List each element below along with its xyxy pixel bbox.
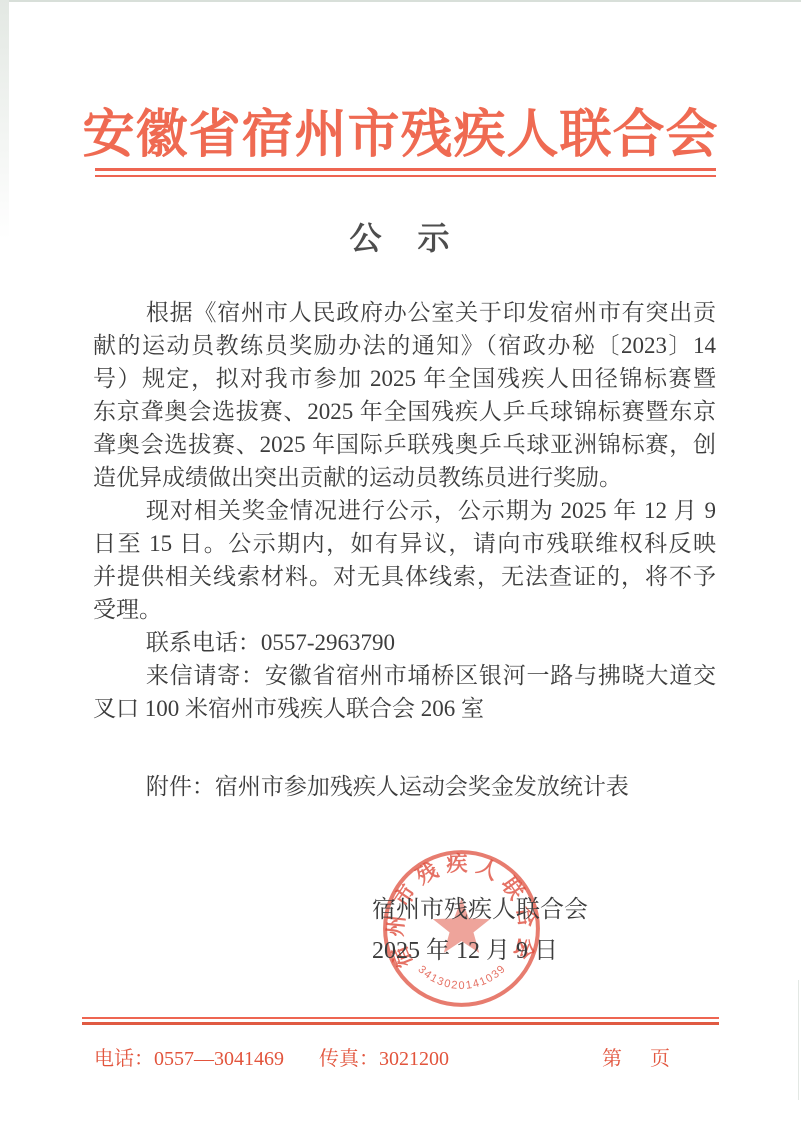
letterhead-divider-thin-line <box>95 175 716 177</box>
body-line: 东京聋奥会选拔赛、2025 年全国残疾人乒乓球锦标赛暨东京 <box>93 395 716 428</box>
body-line: 根据《宿州市人民政府办公室关于印发宿州市有突出贡 <box>93 296 716 329</box>
body-line: 造优异成绩做出突出贡献的运动员教练员进行奖励。 <box>93 461 716 494</box>
body-line: 献的运动员教练员奖励办法的通知》（宿政办秘〔2023〕14 <box>93 329 716 362</box>
letterhead-org-name: 安徽省宿州市残疾人联合会 <box>0 92 801 167</box>
contact-address-line: 叉口 100 米宿州市残疾人联合会 206 室 <box>93 692 716 725</box>
attachment-line: 附件：宿州市参加残疾人运动会奖金发放统计表 <box>93 770 716 803</box>
footer-fax: 传真：3021200 <box>319 1048 449 1070</box>
body-line: 并提供相关线索材料。对无具体线索，无法查证的，将不予 <box>93 560 716 593</box>
signature-date: 2025 年 12 月 9 日 <box>372 931 588 972</box>
footer: 电话：0557—3041469传真：3021200 第 页 <box>94 1042 716 1071</box>
body-line: 聋奥会选拔赛、2025 年国际乒联残奥乒乓球亚洲锦标赛，创 <box>93 428 716 461</box>
document-page: 安徽省宿州市残疾人联合会 公 示 根据《宿州市人民政府办公室关于印发宿州市有突出… <box>0 0 801 1133</box>
scan-artifact-top <box>0 0 801 2</box>
body-line: 日至 15 日。公示期内，如有异议，请向市残联维权科反映 <box>93 527 716 560</box>
letterhead-divider-thick-line <box>95 168 716 171</box>
letterhead-divider <box>95 168 716 177</box>
footer-phone: 电话：0557—3041469 <box>94 1048 284 1070</box>
footer-divider-thick-line <box>82 1022 719 1025</box>
body-line: 受理。 <box>93 593 716 626</box>
document-body: 根据《宿州市人民政府办公室关于印发宿州市有突出贡 献的运动员教练员奖励办法的通知… <box>93 296 716 803</box>
footer-contact: 电话：0557—3041469传真：3021200 <box>94 1042 449 1071</box>
contact-phone-line: 联系电话：0557-2963790 <box>93 626 716 659</box>
footer-page-marker: 第 页 <box>602 1042 716 1071</box>
body-line: 现对相关奖金情况进行公示，公示期为 2025 年 12 月 9 <box>93 494 716 527</box>
document-title: 公 示 <box>0 213 801 259</box>
body-line: 号）规定，拟对我市参加 2025 年全国残疾人田径锦标赛暨 <box>93 362 716 395</box>
contact-address-line: 来信请寄：安徽省宿州市埇桥区银河一路与拂晓大道交 <box>93 659 716 692</box>
scan-artifact-right <box>798 980 799 1100</box>
signature-block: 宿州市残疾人联合会 2025 年 12 月 9 日 <box>372 890 588 972</box>
signature-org: 宿州市残疾人联合会 <box>372 890 588 931</box>
